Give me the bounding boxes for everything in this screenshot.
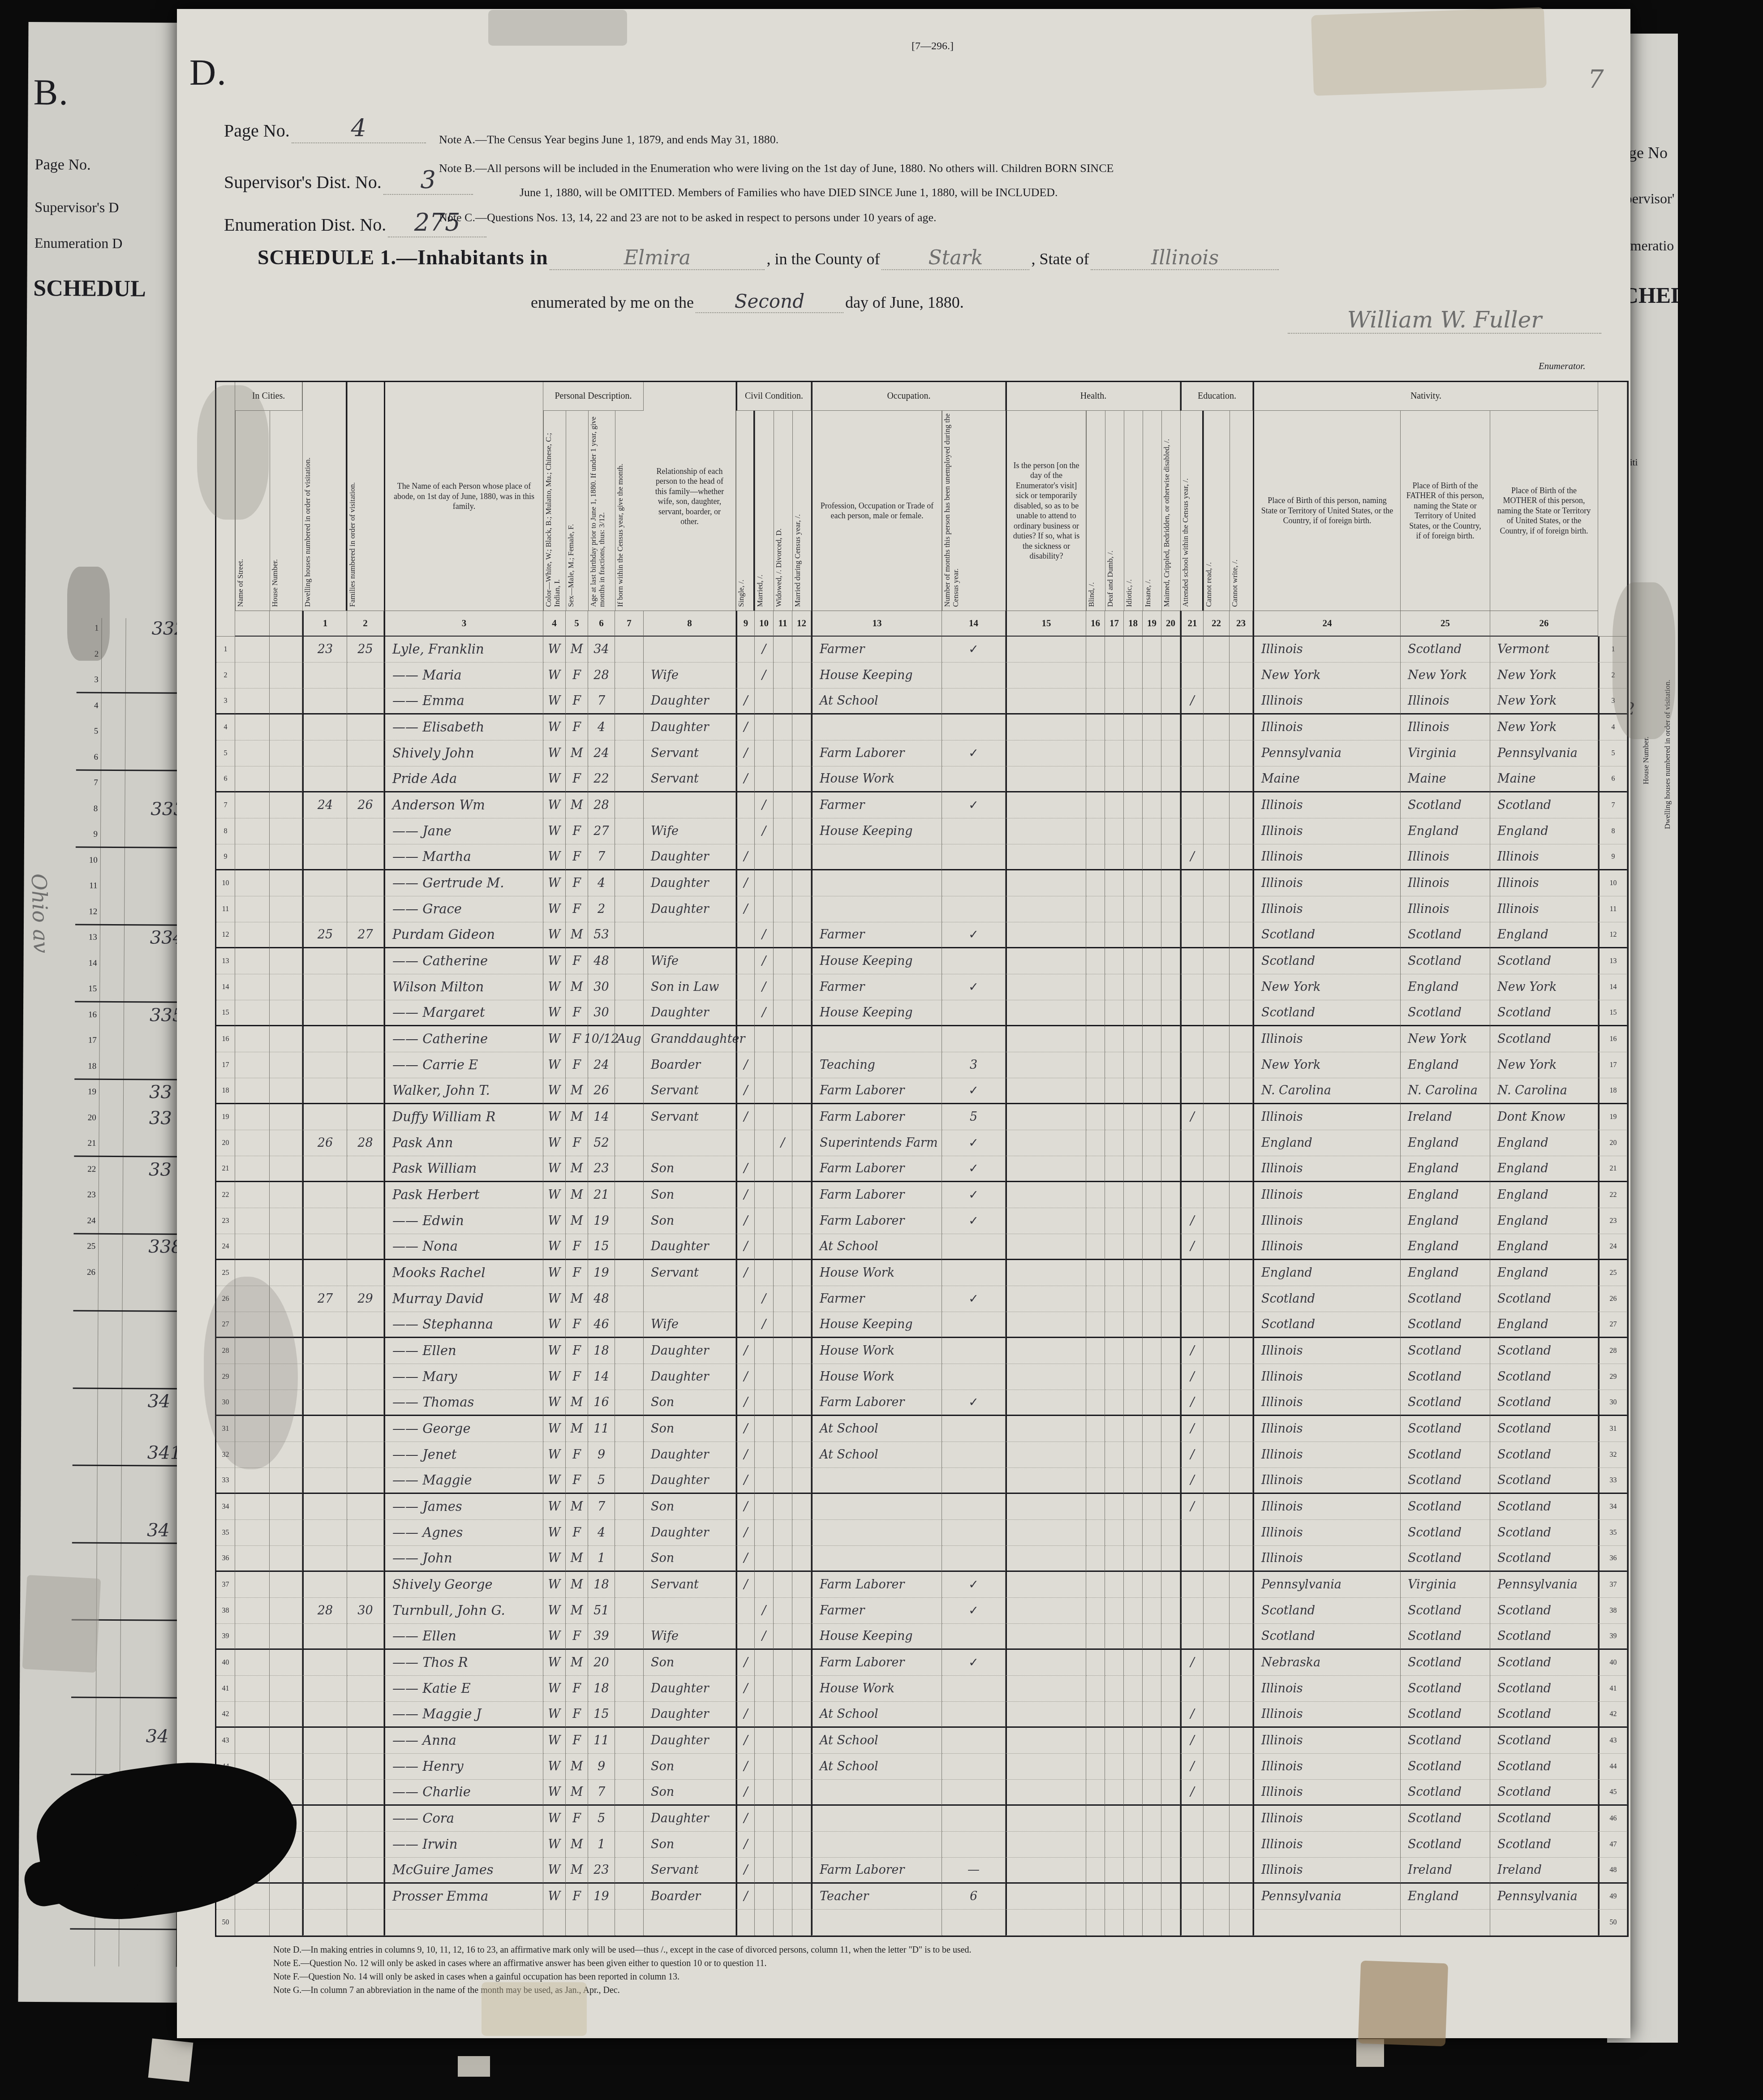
line-number: 47 <box>216 1832 235 1858</box>
color: W <box>543 714 566 740</box>
person-name: Turnbull, John G. <box>384 1598 543 1624</box>
house-number-cell <box>270 818 302 844</box>
empty-cell <box>1105 1832 1124 1858</box>
empty-cell <box>1204 1624 1230 1650</box>
empty-cell <box>1143 1676 1161 1702</box>
sex: F <box>566 1052 588 1078</box>
sex: M <box>566 1156 588 1182</box>
color: W <box>543 792 566 818</box>
empty-cell <box>1230 1026 1253 1052</box>
empty-cell <box>1124 1104 1143 1130</box>
line-number: 48 <box>1598 1858 1627 1884</box>
person-name: —— Maggie J <box>384 1702 543 1728</box>
family-number: 28 <box>347 1130 384 1156</box>
empty-cell <box>1105 637 1124 663</box>
empty-cell <box>1006 948 1086 974</box>
father-birthplace: Scotland <box>1401 948 1490 974</box>
empty-cell <box>1006 1312 1086 1338</box>
empty-cell <box>1143 714 1161 740</box>
married-mark <box>755 1104 774 1130</box>
empty-cell <box>1105 1208 1124 1234</box>
line-number: 22 <box>216 1182 235 1208</box>
empty-cell <box>1105 1910 1124 1936</box>
empty-cell <box>1006 1494 1086 1520</box>
col-header-c15: Is the person [on the day of the Enumera… <box>1006 411 1086 611</box>
occupation: House Work <box>811 1364 942 1390</box>
color: W <box>543 1650 566 1676</box>
col-header-c5: Sex—Male, M.; Female, F. <box>566 411 588 611</box>
occupation <box>811 896 942 922</box>
unemployed-months <box>942 663 1006 689</box>
relationship: Daughter <box>644 1702 736 1728</box>
family-number <box>347 740 384 766</box>
enumeration-label: Enumeration Dist. No. <box>224 215 386 235</box>
empty-cell <box>1124 1858 1143 1884</box>
empty-cell <box>1124 1572 1143 1598</box>
street-cell <box>235 1156 270 1182</box>
empty-cell <box>1124 1286 1143 1312</box>
attended-school-mark <box>1180 663 1204 689</box>
birth-month <box>615 740 644 766</box>
color: W <box>543 1000 566 1026</box>
birth-month <box>615 766 644 792</box>
empty-cell <box>1161 1052 1180 1078</box>
empty-cell <box>792 1026 811 1052</box>
empty-cell <box>1124 1728 1143 1754</box>
widowed-mark <box>774 766 792 792</box>
col-header-c8: Relationship of each person to the head … <box>644 382 736 611</box>
unemployed-months <box>942 1546 1006 1572</box>
empty-cell <box>1161 1702 1180 1728</box>
single-mark <box>736 1130 755 1156</box>
sex: F <box>566 1364 588 1390</box>
empty-cell <box>1204 1572 1230 1598</box>
house-number-cell <box>270 1676 302 1702</box>
married-mark: / <box>755 1312 774 1338</box>
widowed-mark <box>774 1182 792 1208</box>
birthplace: Illinois <box>1253 1416 1401 1442</box>
empty-cell <box>1124 974 1143 1000</box>
line-number: 7 <box>1598 792 1627 818</box>
person-name: —— Katie E <box>384 1676 543 1702</box>
empty-cell <box>1086 818 1105 844</box>
col-number: 11 <box>774 611 792 637</box>
relationship: Son in Law <box>644 974 736 1000</box>
widowed-mark <box>774 1910 792 1936</box>
widowed-mark <box>774 1494 792 1520</box>
col-number: 4 <box>543 611 566 637</box>
empty-cell <box>1230 1572 1253 1598</box>
sex: F <box>566 1234 588 1260</box>
left-page-house-number: 34 <box>147 1520 170 1541</box>
birthplace: Scotland <box>1253 922 1401 948</box>
empty-cell <box>1230 1754 1253 1780</box>
occupation: House Work <box>811 1338 942 1364</box>
person-name: Pask Ann <box>384 1130 543 1156</box>
empty-cell <box>1124 1260 1143 1286</box>
occupation <box>811 1832 942 1858</box>
empty-cell <box>1124 663 1143 689</box>
house-number-cell <box>270 1468 302 1494</box>
empty-cell <box>1006 1832 1086 1858</box>
empty-cell <box>792 1182 811 1208</box>
house-number-cell <box>270 1754 302 1780</box>
sex: M <box>566 1780 588 1806</box>
mother-birthplace: New York <box>1490 974 1598 1000</box>
color: W <box>543 1026 566 1052</box>
empty-cell <box>1006 1468 1086 1494</box>
dwelling-number: 27 <box>302 1286 347 1312</box>
mother-birthplace: N. Carolina <box>1490 1078 1598 1104</box>
widowed-mark <box>774 1468 792 1494</box>
relationship: Son <box>644 1780 736 1806</box>
empty-cell <box>1161 1078 1180 1104</box>
empty-cell <box>1086 1130 1105 1156</box>
empty-cell <box>1161 1728 1180 1754</box>
family-number <box>347 689 384 714</box>
widowed-mark <box>774 1442 792 1468</box>
occupation: Teacher <box>811 1884 942 1910</box>
sex: F <box>566 1728 588 1754</box>
empty-cell <box>792 844 811 870</box>
relationship <box>644 1286 736 1312</box>
left-page-corner-letter: B. <box>34 71 69 113</box>
empty-cell <box>1204 948 1230 974</box>
mother-birthplace: Scotland <box>1490 1832 1598 1858</box>
relationship <box>644 1598 736 1624</box>
empty-cell <box>1105 1364 1124 1390</box>
empty-cell <box>792 1000 811 1026</box>
col-number <box>270 611 302 637</box>
empty-cell <box>1161 1338 1180 1364</box>
single-mark: / <box>736 1520 755 1546</box>
col-number: 23 <box>1230 611 1253 637</box>
color: W <box>543 844 566 870</box>
person-name: —— Jane <box>384 818 543 844</box>
color: W <box>543 1052 566 1078</box>
unemployed-months <box>942 1338 1006 1364</box>
color: W <box>543 922 566 948</box>
birth-month <box>615 1546 644 1572</box>
empty-cell <box>1143 792 1161 818</box>
relationship: Wife <box>644 663 736 689</box>
empty-cell <box>1105 870 1124 896</box>
street-cell <box>235 1858 270 1884</box>
empty-cell <box>792 1624 811 1650</box>
empty-cell <box>1161 1130 1180 1156</box>
sex: M <box>566 1546 588 1572</box>
birth-month <box>615 1156 644 1182</box>
birth-month: Aug <box>615 1026 644 1052</box>
enumerator-label: Enumerator. <box>1539 361 1585 372</box>
left-page-line-number: 24 <box>80 1216 96 1226</box>
sex: F <box>566 1624 588 1650</box>
relationship: Son <box>644 1182 736 1208</box>
note-b-line1: Note B.—All persons will be included in … <box>439 162 1114 175</box>
relationship: Daughter <box>644 1000 736 1026</box>
father-birthplace: England <box>1401 1052 1490 1078</box>
state-label: , State of <box>1031 250 1089 268</box>
unemployed-months <box>942 1728 1006 1754</box>
dwelling-number <box>302 1832 347 1858</box>
father-birthplace: Scotland <box>1401 1754 1490 1780</box>
empty-cell <box>1105 792 1124 818</box>
house-number-cell <box>270 1104 302 1130</box>
occupation <box>811 1026 942 1052</box>
empty-cell <box>1204 714 1230 740</box>
empty-cell <box>1161 792 1180 818</box>
empty-cell <box>1006 1546 1086 1572</box>
person-name: —— George <box>384 1416 543 1442</box>
empty-cell <box>1143 870 1161 896</box>
unemployed-months: 3 <box>942 1052 1006 1078</box>
empty-cell <box>1124 1598 1143 1624</box>
relationship: Son <box>644 1416 736 1442</box>
line-number: 36 <box>1598 1546 1627 1572</box>
empty-cell <box>792 974 811 1000</box>
left-page-supervisor-fragment: Supervisor's D <box>34 199 119 216</box>
empty-cell <box>1086 1624 1105 1650</box>
house-number-cell <box>270 714 302 740</box>
house-number-cell <box>270 974 302 1000</box>
family-number <box>347 663 384 689</box>
empty-cell <box>792 1078 811 1104</box>
house-number-cell <box>270 792 302 818</box>
widowed-mark <box>774 1416 792 1442</box>
father-birthplace: Scotland <box>1401 1364 1490 1390</box>
widowed-mark <box>774 1520 792 1546</box>
father-birthplace: Scotland <box>1401 1650 1490 1676</box>
street-cell <box>235 1754 270 1780</box>
occupation: Farm Laborer <box>811 1390 942 1416</box>
line-number: 11 <box>1598 896 1627 922</box>
sex: M <box>566 1494 588 1520</box>
line-number: 13 <box>216 948 235 974</box>
empty-cell <box>1124 1130 1143 1156</box>
left-page-house-number: 33 <box>149 1082 172 1102</box>
person-name: —— Henry <box>384 1754 543 1780</box>
relationship: Son <box>644 1208 736 1234</box>
street-cell <box>235 1026 270 1052</box>
age: 14 <box>588 1104 615 1130</box>
empty-cell <box>1143 1000 1161 1026</box>
group-header: Occupation. <box>811 382 1006 411</box>
line-number: 12 <box>216 922 235 948</box>
mother-birthplace: Scotland <box>1490 1026 1598 1052</box>
occupation: At School <box>811 689 942 714</box>
empty-cell <box>1161 1520 1180 1546</box>
empty-cell <box>792 1234 811 1260</box>
street-cell <box>235 1364 270 1390</box>
empty-cell <box>1124 689 1143 714</box>
empty-cell <box>1230 1052 1253 1078</box>
empty-cell <box>1086 896 1105 922</box>
dwelling-number: 23 <box>302 637 347 663</box>
empty-cell <box>1006 1130 1086 1156</box>
person-name: Wilson Milton <box>384 974 543 1000</box>
age: 2 <box>588 896 615 922</box>
empty-cell <box>1204 1468 1230 1494</box>
relationship: Boarder <box>644 1052 736 1078</box>
empty-cell <box>1161 689 1180 714</box>
mother-birthplace: Scotland <box>1490 1624 1598 1650</box>
street-cell <box>235 844 270 870</box>
single-mark: / <box>736 1416 755 1442</box>
father-birthplace: N. Carolina <box>1401 1078 1490 1104</box>
empty-cell <box>1204 1000 1230 1026</box>
person-name: —— Irwin <box>384 1832 543 1858</box>
empty-cell <box>1230 1260 1253 1286</box>
sex: F <box>566 818 588 844</box>
birth-month <box>615 1598 644 1624</box>
empty-cell <box>1204 1312 1230 1338</box>
dwelling-number <box>302 1884 347 1910</box>
house-number-cell <box>270 1494 302 1520</box>
occupation <box>811 870 942 896</box>
col-header-street: Name of Street. <box>235 411 270 611</box>
father-birthplace: England <box>1401 1234 1490 1260</box>
county-label: , in the County of <box>766 250 880 268</box>
married-mark <box>755 896 774 922</box>
color: W <box>543 1676 566 1702</box>
empty-cell <box>792 1910 811 1936</box>
birth-month <box>615 1884 644 1910</box>
single-mark: / <box>736 1208 755 1234</box>
widowed-mark <box>774 1026 792 1052</box>
attended-school-mark: / <box>1180 1104 1204 1130</box>
single-mark <box>736 1910 755 1936</box>
empty-cell <box>1105 1546 1124 1572</box>
empty-cell <box>792 1442 811 1468</box>
enumerated-day: Second <box>735 290 804 312</box>
birth-month <box>615 948 644 974</box>
attended-school-mark: / <box>1180 844 1204 870</box>
empty-cell <box>1105 974 1124 1000</box>
empty-cell <box>1143 1780 1161 1806</box>
color <box>543 1910 566 1936</box>
house-number-cell <box>270 1364 302 1390</box>
empty-cell <box>1006 637 1086 663</box>
person-name: —— Ellen <box>384 1338 543 1364</box>
group-header: Civil Condition. <box>736 382 811 411</box>
birthplace: Illinois <box>1253 714 1401 740</box>
left-page-line-number: 10 <box>82 855 98 865</box>
father-birthplace: Scotland <box>1401 1468 1490 1494</box>
empty-cell <box>1006 844 1086 870</box>
single-mark <box>736 818 755 844</box>
birth-month <box>615 1312 644 1338</box>
family-number <box>347 1416 384 1442</box>
single-mark <box>736 1598 755 1624</box>
empty-cell <box>1124 1078 1143 1104</box>
birth-month <box>615 1676 644 1702</box>
age: 15 <box>588 1702 615 1728</box>
street-cell <box>235 974 270 1000</box>
attended-school-mark <box>1180 766 1204 792</box>
sex: M <box>566 1104 588 1130</box>
empty-cell <box>1006 818 1086 844</box>
empty-cell <box>1230 1390 1253 1416</box>
birthplace: New York <box>1253 663 1401 689</box>
occupation: Farm Laborer <box>811 1078 942 1104</box>
birth-month <box>615 1338 644 1364</box>
house-number-cell <box>270 1624 302 1650</box>
unemployed-months: ✓ <box>942 792 1006 818</box>
family-number <box>347 844 384 870</box>
empty-cell <box>1204 1702 1230 1728</box>
married-mark <box>755 1130 774 1156</box>
occupation <box>811 844 942 870</box>
enumerated-tail: day of June, 1880. <box>845 293 964 311</box>
family-number <box>347 1026 384 1052</box>
col-header-c22: Cannot read, /. <box>1204 411 1230 611</box>
single-mark: / <box>736 1364 755 1390</box>
birthplace: Illinois <box>1253 1338 1401 1364</box>
empty-cell <box>1086 1364 1105 1390</box>
occupation: House Keeping <box>811 663 942 689</box>
sex: M <box>566 974 588 1000</box>
color: W <box>543 948 566 974</box>
single-mark: / <box>736 1390 755 1416</box>
unemployed-months <box>942 1494 1006 1520</box>
widowed-mark <box>774 1832 792 1858</box>
line-number: 8 <box>1598 818 1627 844</box>
person-name: —— Thos R <box>384 1650 543 1676</box>
empty-cell <box>1105 844 1124 870</box>
left-page-schedule-fragment: SCHEDUL <box>33 275 146 302</box>
empty-cell <box>1143 1286 1161 1312</box>
sex: F <box>566 714 588 740</box>
empty-cell <box>1086 1546 1105 1572</box>
age: 1 <box>588 1546 615 1572</box>
empty-cell <box>1105 1780 1124 1806</box>
line-number: 35 <box>1598 1520 1627 1546</box>
dwelling-number <box>302 1156 347 1182</box>
census-sheet: D. [7—296.] Page No. 4 Supervisor's Dist… <box>177 9 1630 2038</box>
empty-cell <box>1086 1260 1105 1286</box>
unemployed-months <box>942 1520 1006 1546</box>
state-value: Illinois <box>1151 246 1219 269</box>
attended-school-mark <box>1180 1858 1204 1884</box>
occupation: House Work <box>811 1676 942 1702</box>
left-page-line-number: 1 <box>82 624 99 633</box>
empty-cell <box>1086 844 1105 870</box>
empty-cell <box>1204 1130 1230 1156</box>
person-name: —— Martha <box>384 844 543 870</box>
mother-birthplace: Illinois <box>1490 870 1598 896</box>
empty-cell <box>1105 948 1124 974</box>
father-birthplace: Virginia <box>1401 740 1490 766</box>
age: 4 <box>588 870 615 896</box>
father-birthplace: England <box>1401 1884 1490 1910</box>
widowed-mark <box>774 896 792 922</box>
empty-cell <box>1143 1442 1161 1468</box>
empty-cell <box>1230 1364 1253 1390</box>
person-name: —— Nona <box>384 1234 543 1260</box>
birthplace: Illinois <box>1253 818 1401 844</box>
attended-school-mark: / <box>1180 1728 1204 1754</box>
relationship: Son <box>644 1832 736 1858</box>
widowed-mark <box>774 1364 792 1390</box>
empty-cell <box>1161 1416 1180 1442</box>
birth-month <box>615 1416 644 1442</box>
empty-cell <box>1006 1000 1086 1026</box>
birthplace: Illinois <box>1253 844 1401 870</box>
empty-cell <box>1086 1520 1105 1546</box>
line-number: 12 <box>1598 922 1627 948</box>
col-number: 16 <box>1086 611 1105 637</box>
dwelling-number <box>302 766 347 792</box>
